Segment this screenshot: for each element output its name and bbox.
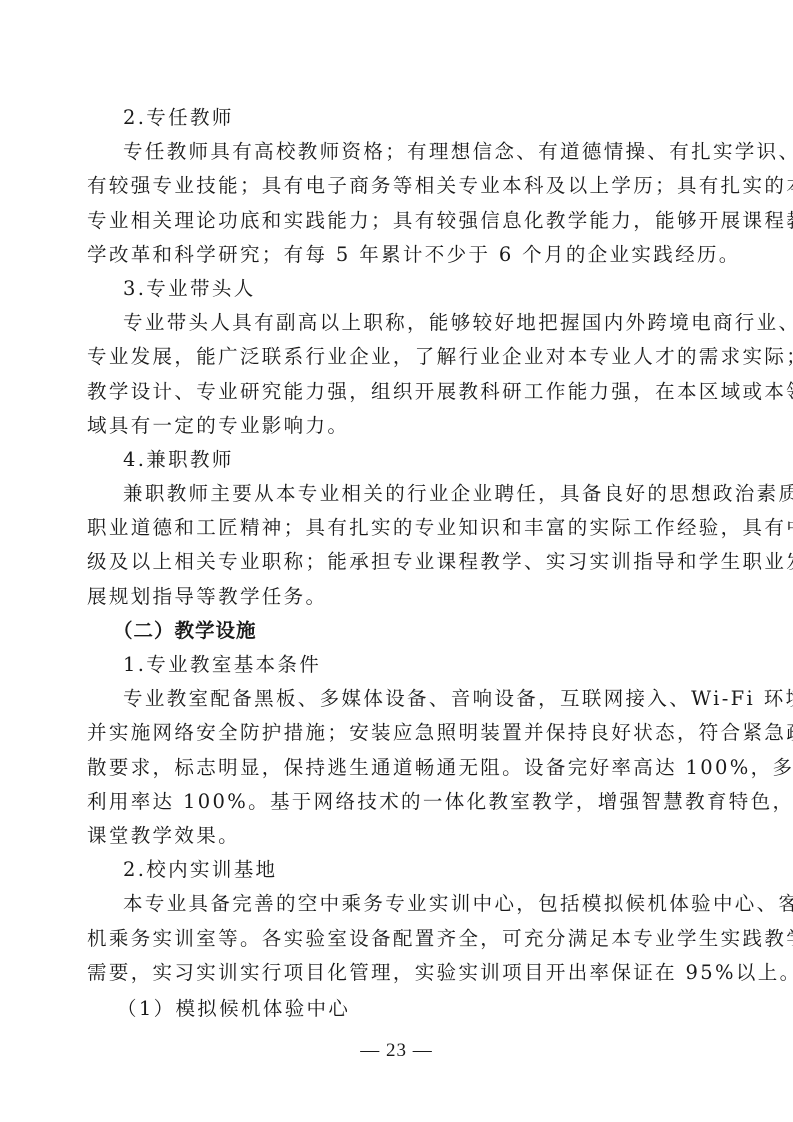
subheading-part-time-teachers: 4.兼职教师 — [87, 443, 707, 477]
paragraph-line: 并实施网络安全防护措施；安装应急照明装置并保持良好状态，符合紧急疏 — [87, 716, 707, 750]
paragraph-line: 散要求，标志明显，保持逃生通道畅通无阻。设备完好率高达 100%，多媒体 — [87, 751, 707, 785]
paragraph-line: 专业带头人具有副高以上职称，能够较好地把握国内外跨境电商行业、 — [87, 306, 707, 340]
paragraph-line: 机乘务实训室等。各实验室设备配置齐全，可充分满足本专业学生实践教学 — [87, 922, 707, 956]
page-number: — 23 — — [0, 1040, 793, 1062]
paragraph-line: 学改革和科学研究；有每 5 年累计不少于 6 个月的企业实践经历。 — [87, 238, 707, 272]
subheading-full-time-teachers: 2.专任教师 — [87, 101, 707, 135]
subheading-classroom-conditions: 1.专业教室基本条件 — [87, 648, 707, 682]
paragraph-line: 需要，实习实训实行项目化管理，实验实训项目开出率保证在 95%以上。 — [87, 956, 707, 990]
paragraph-line: 兼职教师主要从本专业相关的行业企业聘任，具备良好的思想政治素质、 — [87, 477, 707, 511]
item-heading-simulated-waiting-center: （1）模拟候机体验中心 — [87, 992, 707, 1026]
paragraph-line: 专业相关理论功底和实践能力；具有较强信息化教学能力，能够开展课程教 — [87, 204, 707, 238]
paragraph-line: 展规划指导等教学任务。 — [87, 580, 707, 614]
paragraph-program-leader: 专业带头人具有副高以上职称，能够较好地把握国内外跨境电商行业、 专业发展，能广泛… — [87, 306, 707, 443]
paragraph-full-time-teachers: 专任教师具有高校教师资格；有理想信念、有道德情操、有扎实学识、 有较强专业技能；… — [87, 135, 707, 272]
paragraph-line: 专任教师具有高校教师资格；有理想信念、有道德情操、有扎实学识、 — [87, 135, 707, 169]
paragraph-line: 课堂教学效果。 — [87, 819, 707, 853]
paragraph-line: 域具有一定的专业影响力。 — [87, 409, 707, 443]
subheading-program-leader: 3.专业带头人 — [87, 272, 707, 306]
paragraph-line: 教学设计、专业研究能力强，组织开展教科研工作能力强，在本区域或本领 — [87, 375, 707, 409]
paragraph-line: 利用率达 100%。基于网络技术的一体化教室教学，增强智慧教育特色，保证 — [87, 785, 707, 819]
document-page: 2.专任教师 专任教师具有高校教师资格；有理想信念、有道德情操、有扎实学识、 有… — [87, 101, 707, 1026]
paragraph-line: 有较强专业技能；具有电子商务等相关专业本科及以上学历；具有扎实的本 — [87, 169, 707, 203]
subheading-training-base: 2.校内实训基地 — [87, 853, 707, 887]
paragraph-line: 级及以上相关专业职称；能承担专业课程教学、实习实训指导和学生职业发 — [87, 545, 707, 579]
paragraph-line: 专业教室配备黑板、多媒体设备、音响设备，互联网接入、Wi-Fi 环境， — [87, 682, 707, 716]
paragraph-training-base: 本专业具备完善的空中乘务专业实训中心，包括模拟候机体验中心、客 机乘务实训室等。… — [87, 887, 707, 990]
section-heading-teaching-facilities: （二）教学设施 — [87, 614, 707, 648]
paragraph-classroom-conditions: 专业教室配备黑板、多媒体设备、音响设备，互联网接入、Wi-Fi 环境， 并实施网… — [87, 682, 707, 853]
paragraph-line: 专业发展，能广泛联系行业企业，了解行业企业对本专业人才的需求实际； — [87, 340, 707, 374]
paragraph-line: 职业道德和工匠精神；具有扎实的专业知识和丰富的实际工作经验，具有中 — [87, 511, 707, 545]
paragraph-part-time-teachers: 兼职教师主要从本专业相关的行业企业聘任，具备良好的思想政治素质、 职业道德和工匠… — [87, 477, 707, 614]
paragraph-line: 本专业具备完善的空中乘务专业实训中心，包括模拟候机体验中心、客 — [87, 887, 707, 921]
